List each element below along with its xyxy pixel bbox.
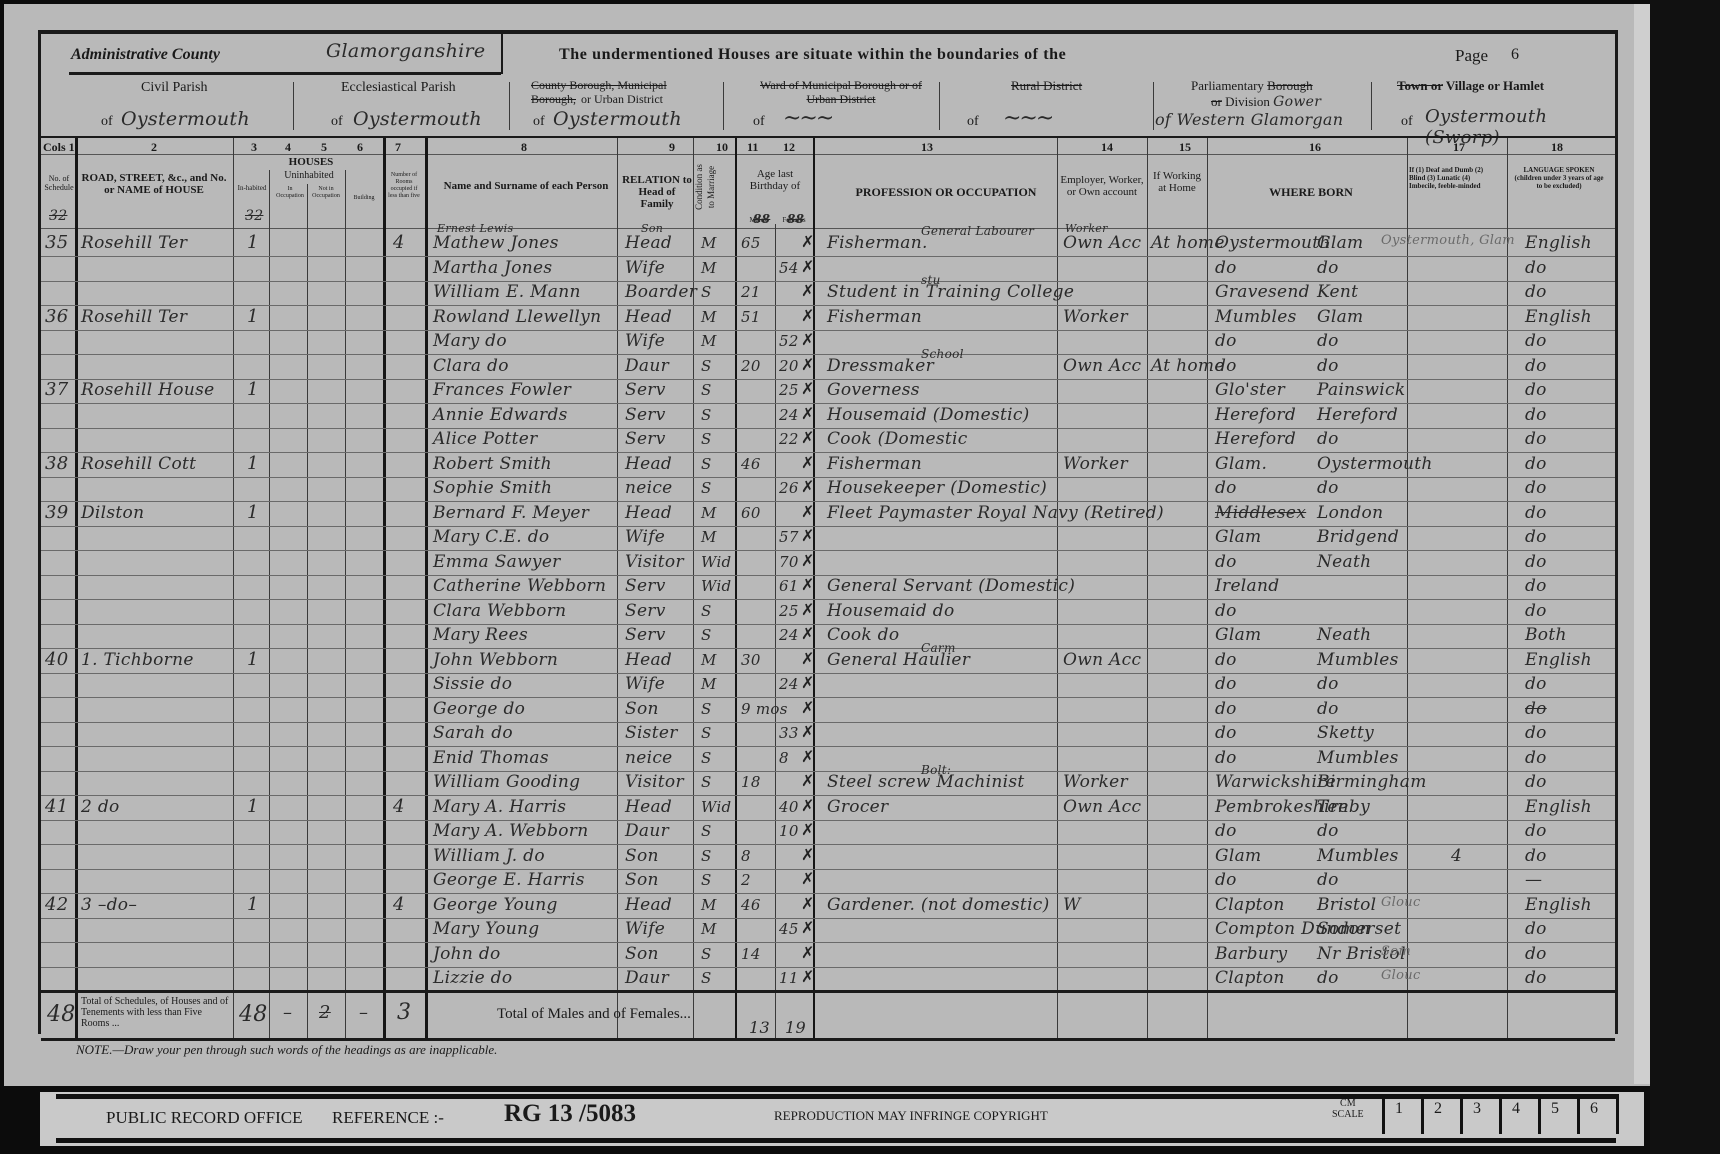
col-num: 11 [747, 140, 758, 155]
row-born-place: Gravesend [1215, 281, 1310, 303]
row-condition: S [701, 845, 712, 867]
row-address: Rosehill Ter [81, 306, 187, 328]
col-num: 8 [521, 140, 527, 155]
tick-mark-icon: ✗ [801, 428, 814, 447]
occupation-annotation: Bolt: [921, 759, 951, 781]
tick-mark-icon: ✗ [801, 257, 814, 276]
row-address: 3 –do– [81, 894, 137, 916]
row-relation: neice [625, 477, 673, 499]
civil-parish-label: Civil Parish [141, 80, 208, 96]
row-condition: M [701, 526, 717, 548]
row-occupation: Cook do [827, 624, 899, 646]
row-age-male: 51 [741, 306, 761, 328]
row-born-place: do [1215, 551, 1237, 573]
row-relation: Sister [625, 722, 678, 744]
scale-text: SCALE [1332, 1109, 1364, 1120]
divider [509, 82, 510, 130]
heading-not-in-occupation: Not in Occupation [309, 186, 343, 200]
cm-scale-label: CMSCALE [1332, 1098, 1364, 1120]
row-born-place: Clapton [1215, 967, 1285, 989]
col-num: 14 [1101, 140, 1113, 155]
row-age-male: 30 [741, 649, 761, 671]
row-name: John Webborn [433, 649, 558, 671]
reference-label: REFERENCE :- [332, 1108, 444, 1128]
row-age-female: 25 [779, 379, 799, 401]
table-row: Clara WebbornServS25Housemaid dododo✗ [41, 598, 1615, 625]
row-born-place: Glam [1215, 624, 1261, 646]
row-name: Mary Young [433, 918, 539, 940]
table-row: William J. doSonS8GlamMumbles4do✗ [41, 843, 1615, 870]
row-language: do [1525, 698, 1547, 720]
row-name: Clara Webborn [433, 600, 566, 622]
row-born-county: do [1317, 428, 1339, 450]
row-born-county: do [1317, 820, 1339, 842]
page-number: 6 [1511, 46, 1519, 64]
row-language: do [1525, 257, 1547, 279]
row-employer: Worker [1063, 771, 1128, 793]
row-relation: Wife [625, 330, 665, 352]
tick-mark-icon: ✗ [801, 281, 814, 300]
scale-mark: 4 [1499, 1094, 1538, 1134]
row-born-place: do [1215, 747, 1237, 769]
row-address: 1. Tichborne [81, 649, 194, 671]
tick-mark-icon: ✗ [801, 379, 814, 398]
row-born-county: Birmingham [1317, 771, 1427, 793]
row-language: do [1525, 600, 1547, 622]
totals-mf-label: Total of Males and of Females... [497, 1006, 691, 1023]
row-condition: S [701, 624, 712, 646]
row-age-male: 9 mos [741, 698, 788, 720]
row-born-county: Sketty [1317, 722, 1374, 744]
row-age-female: 24 [779, 673, 799, 695]
row-relation: Boarder [625, 281, 697, 303]
ward-label: Ward of Municipal Borough or of Urban Di… [751, 78, 931, 106]
col-label: Cols 1 [43, 140, 75, 155]
table-row: Mary ReesServS24Cook doGlamNeathBoth✗ [41, 622, 1615, 649]
division-text: Division [1225, 94, 1270, 109]
row-name: Emma Sawyer [433, 551, 561, 573]
table-row: 35Rosehill Ter14Mathew JonesHeadM65Fishe… [41, 230, 1615, 257]
record-office: PUBLIC RECORD OFFICE [106, 1108, 302, 1128]
row-age-female: 26 [779, 477, 799, 499]
total-inhabited: 48 [239, 1002, 268, 1027]
row-name: Rowland Llewellyn [433, 306, 601, 328]
table-row: 39Dilston1Bernard F. MeyerHeadM60Fleet P… [41, 500, 1615, 527]
row-name: Lizzie do [433, 967, 512, 989]
tick-mark-icon: ✗ [801, 894, 814, 913]
divider [41, 228, 1615, 229]
row-inhabited: 1 [247, 379, 259, 401]
row-language: do [1525, 820, 1547, 842]
row-at-home: At home [1151, 232, 1225, 254]
row-schedule: 38 [45, 453, 69, 475]
divider [939, 82, 940, 130]
col-num: 6 [357, 140, 363, 155]
table-row: Sissie doWifeM24dododo✗ [41, 671, 1615, 698]
row-rooms: 4 [393, 796, 405, 818]
row-born-place: do [1215, 722, 1237, 744]
tick-mark-icon: ✗ [801, 649, 814, 668]
row-occupation: Cook (Domestic [827, 428, 968, 450]
row-condition: S [701, 477, 712, 499]
col-num: 13 [921, 140, 933, 155]
heading-employer: Employer, Worker, or Own account [1059, 174, 1145, 198]
row-born-county: Glam [1317, 306, 1363, 328]
row-language: do [1525, 722, 1547, 744]
row-relation: Daur [625, 355, 669, 377]
row-schedule: 40 [45, 649, 69, 671]
born-annotation: Glouc [1381, 965, 1421, 987]
row-address: Dilston [81, 502, 144, 524]
tick-mark-icon: ✗ [801, 943, 814, 962]
row-relation: Visitor [625, 551, 684, 573]
table-row: William E. MannBoarderS21Student in Trai… [41, 279, 1615, 306]
row-language: English [1525, 649, 1592, 671]
row-relation: Son [625, 698, 659, 720]
row-born-place: Mumbles [1215, 306, 1297, 328]
row-name: Alice Potter [433, 428, 538, 450]
total-building: – [359, 1002, 368, 1023]
row-born-county: Painswick [1317, 379, 1405, 401]
row-age-female: 40 [779, 796, 799, 818]
table-row: Sophie SmithneiceS26Housekeeper (Domesti… [41, 475, 1615, 502]
row-condition: M [701, 232, 717, 254]
row-at-home: At home [1151, 355, 1225, 377]
row-address: Rosehill Cott [81, 453, 196, 475]
divider [293, 82, 294, 130]
table-row: Catherine WebbornServWid61General Servan… [41, 573, 1615, 600]
row-employer: Own Acc [1063, 649, 1141, 671]
row-born-place: Hereford [1215, 404, 1296, 426]
row-language: do [1525, 575, 1547, 597]
col-num: 5 [321, 140, 327, 155]
heading-uninhabited: Uninhabited [271, 170, 347, 182]
row-name: Mary Rees [433, 624, 528, 646]
row-born-county: do [1317, 698, 1339, 720]
rural-district-label: Rural District [1011, 78, 1082, 94]
row-relation: neice [625, 747, 673, 769]
row-name: George do [433, 698, 525, 720]
table-row: Annie EdwardsServS24Housemaid (Domestic)… [41, 402, 1615, 429]
civil-parish-value: Oystermouth [121, 108, 250, 130]
row-occupation: Fisherman. [827, 232, 928, 254]
tick-mark-icon: ✗ [801, 600, 814, 619]
row-condition: S [701, 600, 712, 622]
division-value: of Western Glamorgan [1155, 110, 1343, 129]
row-born-place: Glam [1215, 526, 1261, 548]
county-underline [69, 72, 501, 75]
row-age-male: 21 [741, 281, 761, 303]
row-born-place: do [1215, 477, 1237, 499]
row-age-female: 61 [779, 575, 799, 597]
row-age-female: 10 [779, 820, 799, 842]
row-language: English [1525, 306, 1592, 328]
divider [41, 154, 1615, 155]
row-condition: S [701, 771, 712, 793]
village-label: Town or Village or Hamlet [1397, 78, 1544, 94]
table-row: John doSonS14BarburyNr Bristoldo✗Som [41, 941, 1615, 968]
row-relation: Head [625, 894, 672, 916]
table-row: 423 –do–14George YoungHeadM46Gardener. (… [41, 892, 1615, 919]
admin-county-value: Glamorganshire [326, 40, 485, 62]
row-age-female: 24 [779, 624, 799, 646]
town-struck: Town or [1397, 78, 1443, 93]
row-born-place: Ireland [1215, 575, 1279, 597]
row-born-place: do [1215, 869, 1237, 891]
urban-district-value: Oystermouth [553, 108, 682, 130]
row-age-male: 8 [741, 845, 751, 867]
row-language: do [1525, 281, 1547, 303]
heading-inhabited: In-habited [237, 184, 267, 192]
row-name: Sophie Smith [433, 477, 552, 499]
row-name: Bernard F. Meyer [433, 502, 589, 524]
tick-mark-icon: ✗ [801, 967, 814, 986]
row-employer: W [1063, 894, 1081, 916]
row-occupation: Fisherman [827, 453, 922, 475]
row-language: English [1525, 894, 1592, 916]
table-row: 38Rosehill Cott1Robert SmithHeadS46Fishe… [41, 451, 1615, 478]
ward-value: ~~~ [783, 106, 832, 131]
census-rows: 35Rosehill Ter14Mathew JonesHeadM65Fishe… [41, 230, 1615, 1038]
row-born-county: Somerset [1317, 918, 1401, 940]
carried-males: 88 [753, 212, 770, 226]
born-annotation: Glouc [1381, 892, 1421, 914]
tick-mark-icon: ✗ [801, 918, 814, 937]
ward-of: of [753, 114, 765, 130]
row-born-county: Mumbles [1317, 845, 1399, 867]
row-address: Rosehill Ter [81, 232, 187, 254]
table-row: William GoodingVisitorS18Steel screw Mac… [41, 769, 1615, 796]
row-condition: M [701, 894, 717, 916]
row-inhabited: 1 [247, 649, 259, 671]
row-born-place: Glam. [1215, 453, 1267, 475]
row-age-male: 46 [741, 894, 761, 916]
row-born-place: do [1215, 330, 1237, 352]
born-annotation: Som [1381, 941, 1411, 963]
row-occupation: Fleet Paymaster Royal Navy (Retired) [827, 502, 1164, 524]
row-born-place: Oystermouth [1215, 232, 1331, 254]
col-num: 9 [669, 140, 675, 155]
ecclesiastical-of: of [331, 114, 343, 130]
scale-mark: 2 [1421, 1094, 1460, 1134]
row-name: William J. do [433, 845, 545, 867]
row-schedule: 42 [45, 894, 69, 916]
row-condition: S [701, 453, 712, 475]
row-age-male: 2 [741, 869, 751, 891]
row-language: do [1525, 747, 1547, 769]
row-occupation: Housekeeper (Domestic) [827, 477, 1047, 499]
carried-inhabited: 32 [245, 208, 263, 224]
row-age-female: 22 [779, 428, 799, 450]
row-language: do [1525, 477, 1547, 499]
row-age-female: 54 [779, 257, 799, 279]
row-born-county: Tenby [1317, 796, 1370, 818]
row-inhabited: 1 [247, 232, 259, 254]
totals-divider [41, 990, 1615, 993]
row-inhabited: 1 [247, 306, 259, 328]
row-condition: M [701, 649, 717, 671]
row-condition: S [701, 747, 712, 769]
heading-relation: RELATION to Head of Family [621, 174, 693, 210]
row-relation: Wife [625, 526, 665, 548]
ecclesiastical-parish-value: Oystermouth [353, 108, 482, 130]
row-relation: Head [625, 306, 672, 328]
rural-district-value: ~~~ [1003, 106, 1052, 131]
row-age-female: 33 [779, 722, 799, 744]
row-name: Robert Smith [433, 453, 552, 475]
row-schedule: 41 [45, 796, 69, 818]
table-row: 412 do14Mary A. HarrisHeadWid40GrocerOwn… [41, 794, 1615, 821]
row-condition: M [701, 918, 717, 940]
tick-mark-icon: ✗ [801, 673, 814, 692]
row-name: William E. Mann [433, 281, 581, 303]
heading-where-born: WHERE BORN [1211, 186, 1411, 198]
table-row: Alice PotterServS22Cook (DomesticHerefor… [41, 426, 1615, 453]
row-condition: S [701, 404, 712, 426]
tick-mark-icon: ✗ [801, 820, 814, 839]
row-age-male: 14 [741, 943, 761, 965]
row-relation: Head [625, 649, 672, 671]
row-condition: S [701, 820, 712, 842]
table-row: 37Rosehill House1Frances FowlerServS25Go… [41, 377, 1615, 404]
total-not-in-occupation: 2 [319, 1002, 331, 1023]
row-born-county: do [1317, 673, 1339, 695]
scan-border [1650, 0, 1720, 1154]
tick-mark-icon: ✗ [801, 502, 814, 521]
heading-occupation: PROFESSION OR OCCUPATION [821, 186, 1071, 198]
row-condition: M [701, 306, 717, 328]
row-language: do [1525, 404, 1547, 426]
carried-females: 88 [787, 212, 804, 226]
row-language: do [1525, 355, 1547, 377]
row-name: Mary C.E. do [433, 526, 549, 548]
row-name: Catherine Webborn [433, 575, 606, 597]
row-inhabited: 1 [247, 796, 259, 818]
row-relation: Serv [625, 379, 666, 401]
row-relation: Daur [625, 820, 669, 842]
total-schedules: 48 [47, 1002, 76, 1027]
tick-mark-icon: ✗ [801, 698, 814, 717]
row-name: Mary A. Harris [433, 796, 566, 818]
row-name: George Young [433, 894, 558, 916]
rural-of: of [967, 114, 979, 130]
divider [723, 82, 724, 130]
table-row: Martha JonesWifeM54dododo✗ [41, 255, 1615, 282]
row-language: do [1525, 771, 1547, 793]
heading-language: LANGUAGE SPOKEN (children under 3 years … [1511, 166, 1607, 190]
tick-mark-icon: ✗ [801, 796, 814, 815]
total-females: 19 [785, 1018, 806, 1037]
row-name: Annie Edwards [433, 404, 568, 426]
row-born-county: Kent [1317, 281, 1358, 303]
row-language: do [1525, 845, 1547, 867]
village-text: Village or Hamlet [1446, 78, 1544, 93]
row-name: Martha Jones [433, 257, 552, 279]
row-language: do [1525, 918, 1547, 940]
row-age-female: 25 [779, 600, 799, 622]
table-row: Lizzie doDaurS11Claptondodo✗Glouc [41, 965, 1615, 992]
divider [501, 34, 503, 74]
carried-schedule: 32 [49, 208, 67, 224]
row-age-female: 24 [779, 404, 799, 426]
tick-mark-icon: ✗ [801, 232, 814, 251]
row-address: 2 do [81, 796, 120, 818]
row-age-male: 46 [741, 453, 761, 475]
row-born-place: Glam [1215, 845, 1261, 867]
row-language: English [1525, 232, 1592, 254]
tick-mark-icon: ✗ [801, 845, 814, 864]
row-language: do [1525, 330, 1547, 352]
row-condition: Wid [701, 796, 731, 818]
row-born-place: do [1215, 698, 1237, 720]
col-num: 3 [251, 140, 257, 155]
totals-label: Total of Schedules, of Houses and of Ten… [81, 996, 229, 1029]
tick-mark-icon: ✗ [801, 404, 814, 423]
row-condition: M [701, 257, 717, 279]
or-struck: or [1211, 94, 1222, 109]
row-relation: Son [625, 869, 659, 891]
col-num: 15 [1179, 140, 1191, 155]
heading-in-occupation: In Occupation [273, 186, 307, 200]
tick-mark-icon: ✗ [801, 453, 814, 472]
admin-county-label: Administrative County [71, 46, 220, 64]
col-num: 7 [395, 140, 401, 155]
col-num: 4 [285, 140, 291, 155]
row-relation: Wife [625, 673, 665, 695]
row-name: Sissie do [433, 673, 512, 695]
table-row: Sarah doSisterS33doSkettydo✗ [41, 720, 1615, 747]
row-born-county: do [1317, 869, 1339, 891]
row-occupation: Housemaid (Domestic) [827, 404, 1030, 426]
row-condition: S [701, 379, 712, 401]
row-born-county: do [1317, 967, 1339, 989]
heading-age: Age last Birthday of [741, 168, 809, 192]
row-condition: M [701, 673, 717, 695]
row-occupation: Grocer [827, 796, 888, 818]
row-relation: Serv [625, 624, 666, 646]
heading-infirmity: If (1) Deaf and Dumb (2) Blind (3) Lunat… [1409, 166, 1499, 190]
occupation-annotation: General Labourer [921, 220, 1034, 242]
heading-working-home: If Working at Home [1149, 170, 1205, 194]
row-occupation: Fisherman [827, 306, 922, 328]
row-age-male: 60 [741, 502, 761, 524]
tick-mark-icon: ✗ [801, 869, 814, 888]
row-born-county: Oystermouth [1317, 453, 1433, 475]
tick-mark-icon: ✗ [801, 747, 814, 766]
occupation-annotation: School [921, 343, 964, 365]
row-condition: M [701, 502, 717, 524]
row-born-county: Hereford [1317, 404, 1398, 426]
tick-mark-icon: ✗ [801, 624, 814, 643]
row-condition: S [701, 428, 712, 450]
row-age-female: 45 [779, 918, 799, 940]
row-occupation: Student in Training College [827, 281, 1074, 303]
row-condition: S [701, 355, 712, 377]
row-occupation: Governess [827, 379, 920, 401]
row-occupation: General Servant (Domestic) [827, 575, 1075, 597]
reference-number: RG 13 /5083 [504, 1100, 636, 1128]
table-row: Mary doWifeM52dododo✗ [41, 328, 1615, 355]
row-infirmity: 4 [1451, 845, 1462, 867]
row-condition: S [701, 722, 712, 744]
parliamentary-text: Parliamentary [1191, 78, 1264, 93]
name-annotation: Ernest Lewis [437, 218, 513, 240]
scale-mark: 3 [1460, 1094, 1499, 1134]
row-born-place: Hereford [1215, 428, 1296, 450]
row-age-female: 8 [779, 747, 789, 769]
table-row: Mary A. WebbornDaurS10dododo✗ [41, 818, 1615, 845]
row-relation: Head [625, 502, 672, 524]
